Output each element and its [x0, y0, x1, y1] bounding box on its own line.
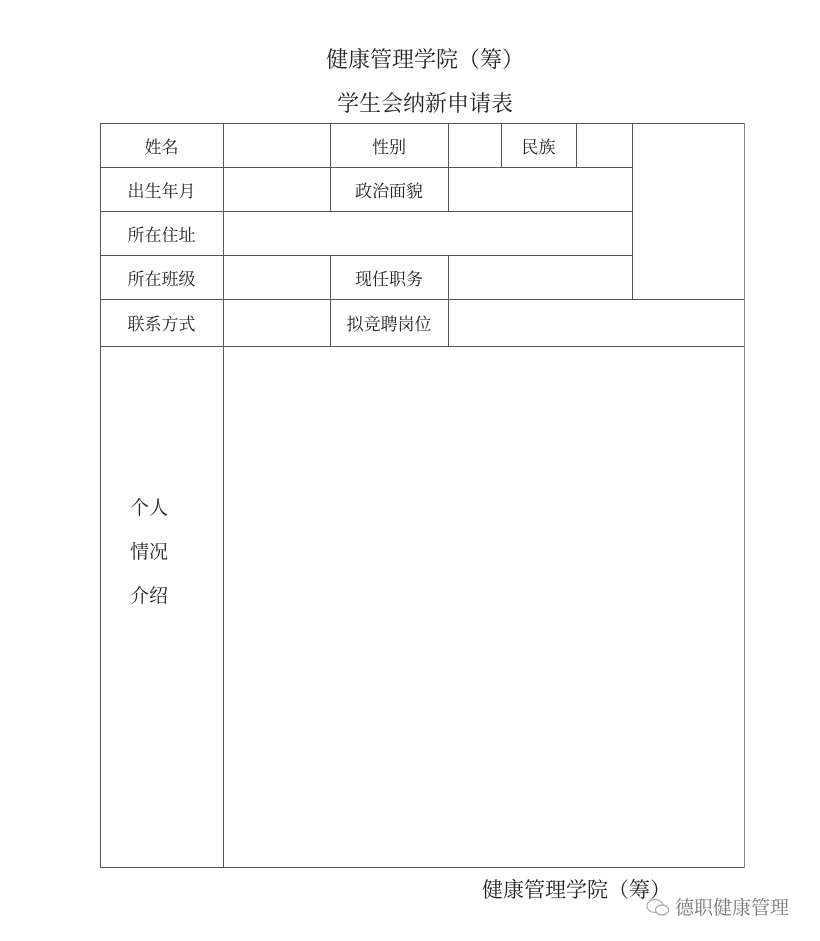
- label-current-position: 现任职务: [330, 255, 448, 299]
- field-birth[interactable]: [224, 168, 330, 211]
- field-personal-intro[interactable]: [224, 347, 744, 867]
- intro-label-line3: 介绍: [130, 574, 168, 618]
- label-gender: 性别: [330, 123, 448, 167]
- field-current-position[interactable]: [449, 256, 632, 299]
- field-applied-position[interactable]: [449, 300, 744, 346]
- application-form-table: 姓名 性别 民族 出生年月 政治面貌 所在住址 所在班级 现任职务 联系方式 拟…: [0, 0, 820, 941]
- label-political: 政治面貌: [330, 167, 448, 211]
- field-political[interactable]: [449, 168, 632, 211]
- footer-signature: 健康管理学院（筹）: [482, 874, 671, 904]
- field-ethnicity[interactable]: [577, 124, 632, 167]
- field-contact[interactable]: [224, 300, 330, 346]
- field-address[interactable]: [224, 212, 632, 255]
- field-class[interactable]: [224, 256, 330, 299]
- watermark: 德职健康管理: [645, 893, 789, 920]
- label-class: 所在班级: [100, 255, 223, 299]
- label-birth: 出生年月: [100, 167, 223, 211]
- label-contact: 联系方式: [100, 299, 223, 346]
- label-applied-position: 拟竞聘岗位: [330, 299, 448, 346]
- field-gender[interactable]: [449, 124, 501, 167]
- intro-label-line1: 个人: [130, 486, 168, 530]
- label-address: 所在住址: [100, 211, 223, 255]
- table-border: [744, 123, 745, 868]
- field-name[interactable]: [224, 124, 330, 167]
- wechat-icon: [645, 897, 671, 917]
- label-name: 姓名: [100, 123, 223, 167]
- intro-label-line2: 情况: [130, 530, 168, 574]
- label-personal-intro: 个人 情况 介绍: [130, 486, 168, 618]
- label-ethnicity: 民族: [501, 123, 576, 167]
- watermark-text: 德职健康管理: [675, 893, 789, 920]
- photo-box[interactable]: [633, 124, 744, 299]
- table-border: [100, 867, 744, 868]
